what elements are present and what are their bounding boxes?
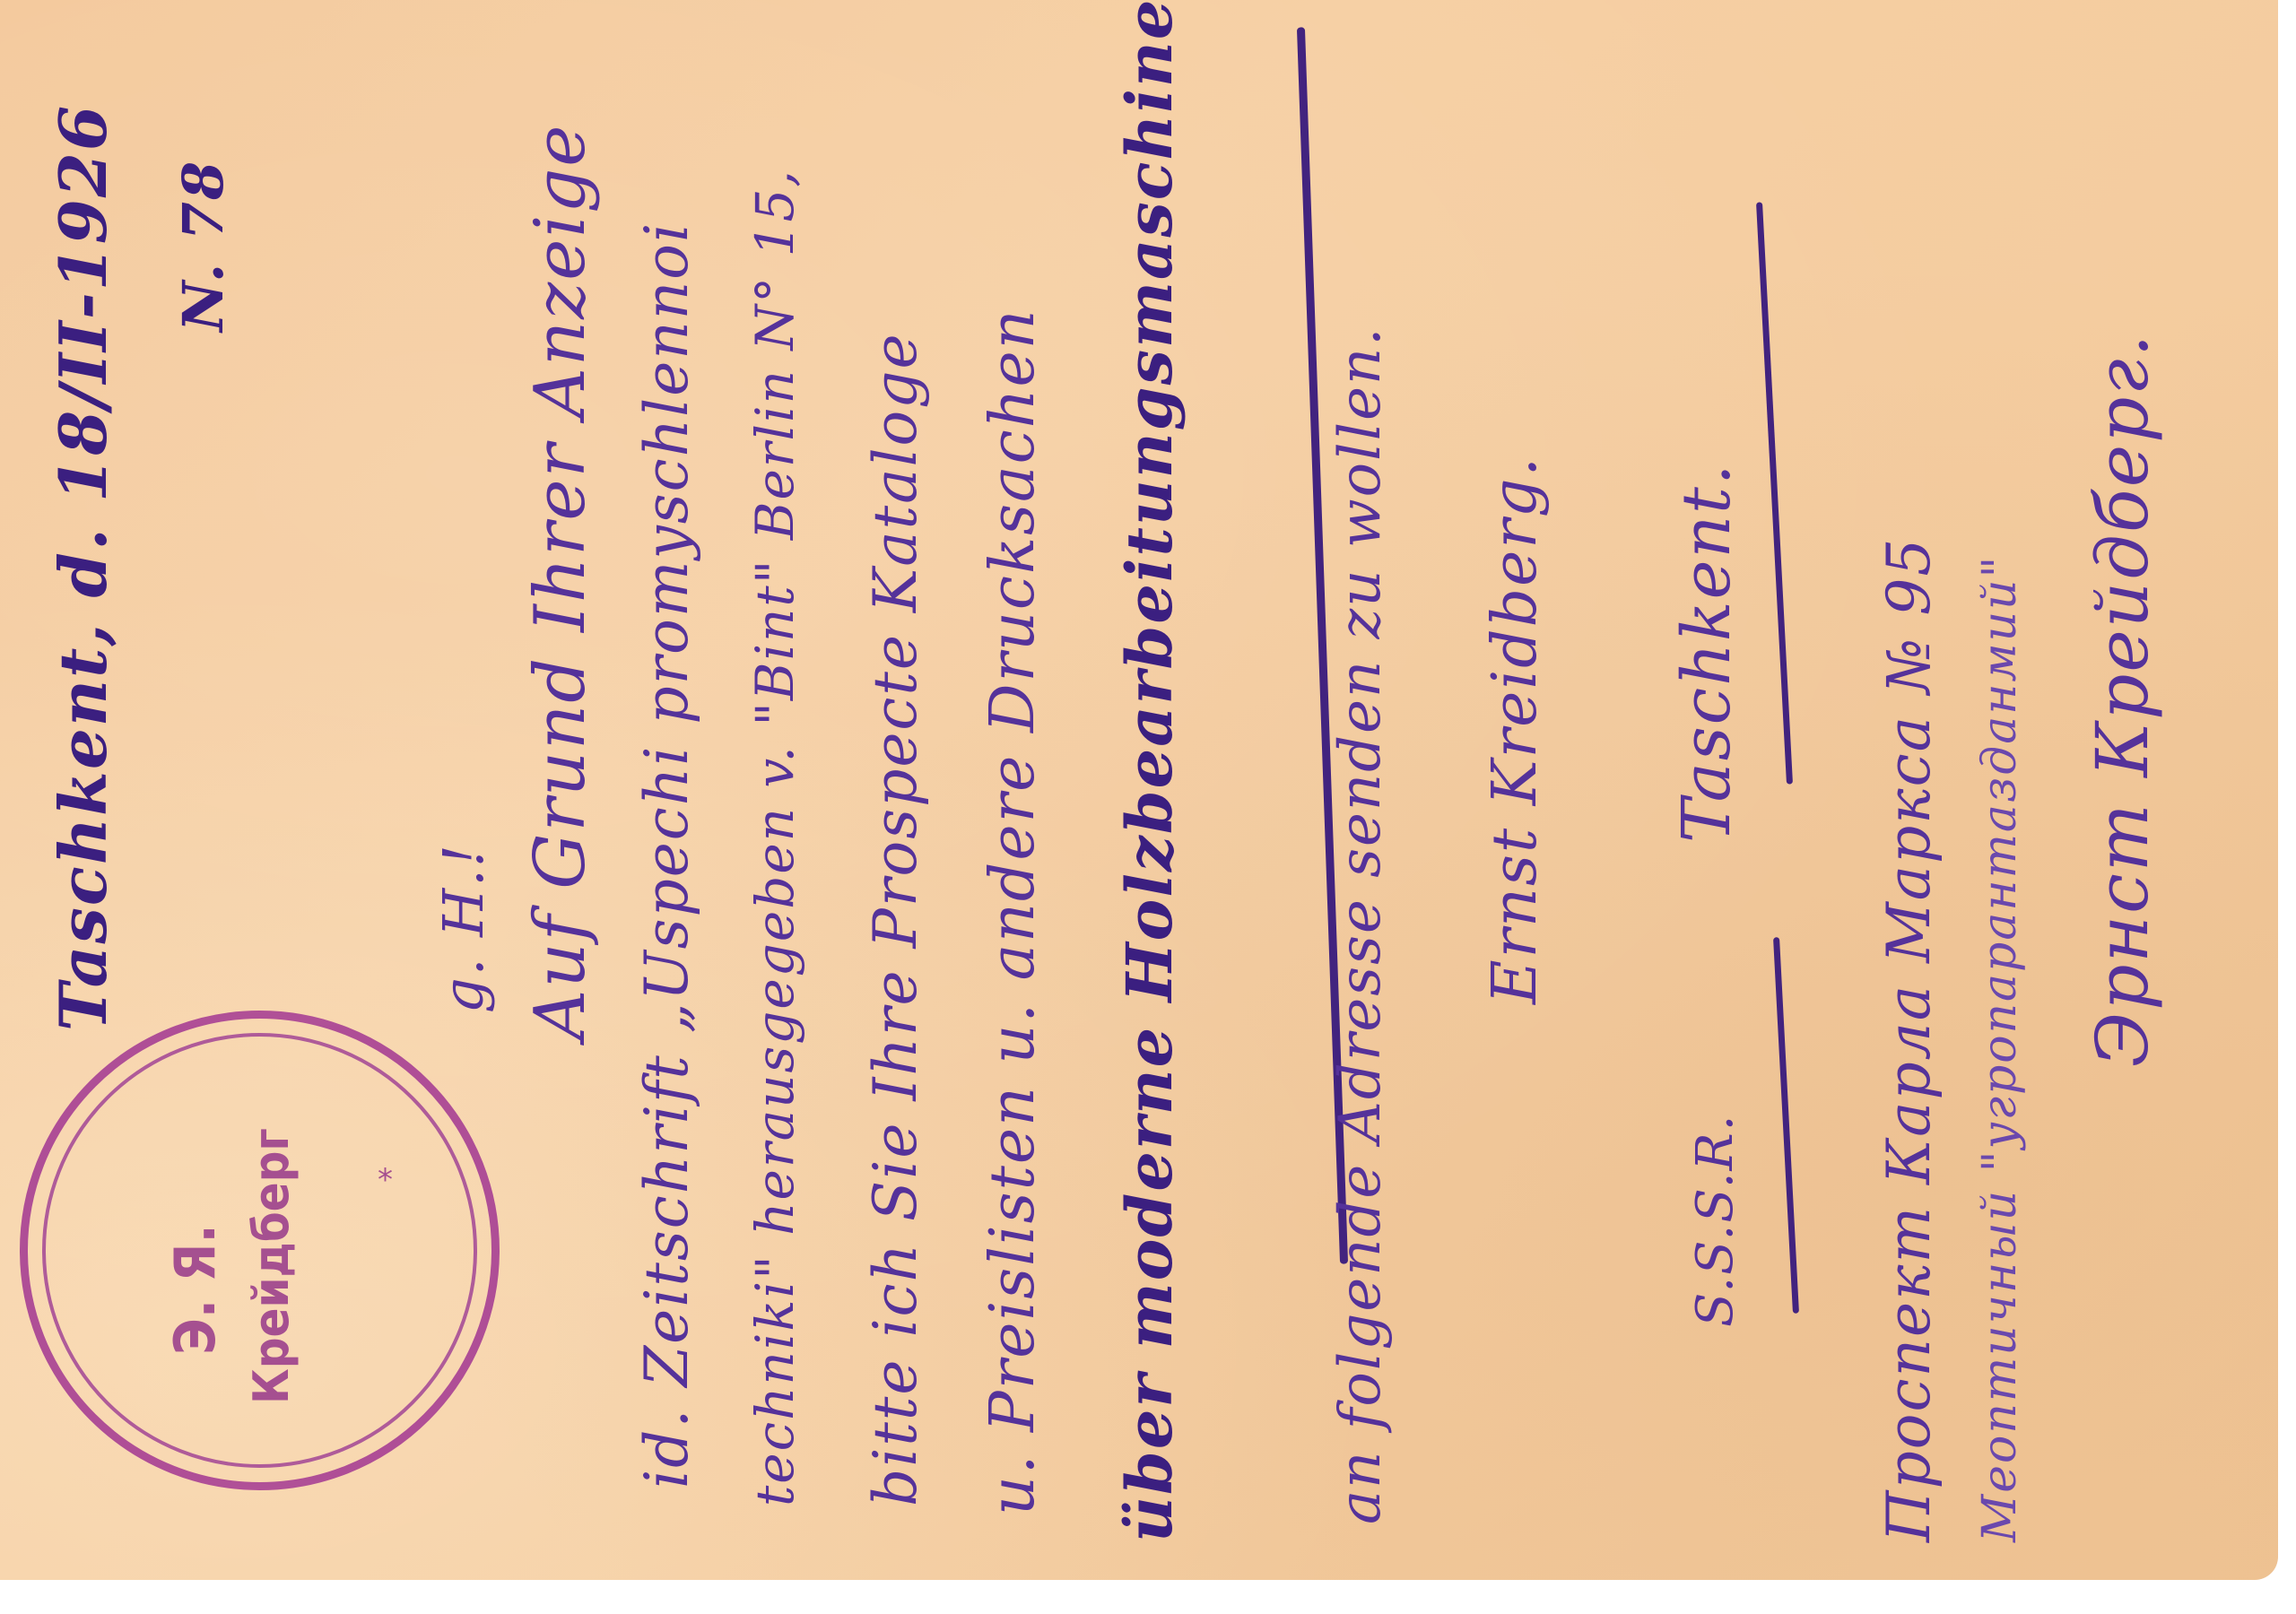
reference-number: N. 78: [170, 160, 236, 332]
address-name: Ernst Kreidberg.: [1480, 456, 1551, 1004]
ownership-stamp: Э. Я. Крейдберг *: [20, 1011, 500, 1490]
address-country: S.S.S.R.: [1686, 1114, 1744, 1327]
letter-line-3: techniki" herausgegeben v. "Bint" Berlin…: [744, 169, 805, 1506]
letter-line-2: id. Zeitschrift „Uspechi promyschlennoi: [632, 221, 701, 1488]
underline-country: [1773, 937, 1799, 1314]
letter-line-7: an folgende Adresse senden zu wollen.: [1327, 325, 1394, 1524]
signature: Эрнст Крейдберг.: [2081, 333, 2164, 1067]
stamp-star-icon: *: [378, 1162, 393, 1198]
stamp-name: Крейдберг: [243, 1128, 300, 1404]
stamp-initials: Э. Я.: [162, 1224, 228, 1355]
letter-line-5: u. Preislisten u. andere Drucksachen: [978, 308, 1048, 1515]
address-street: Проспект Карла Маркса № 95: [1874, 537, 1944, 1542]
place-date: Taschkent, d. 18/II-1926: [45, 104, 121, 1031]
letter-line-4: bitte ich Sie Ihre Prospecte Kataloge: [861, 332, 930, 1506]
salutation: g. H.!: [430, 843, 496, 1013]
underline-city: [1756, 202, 1793, 784]
postcard: Taschkent, d. 18/II-1926 N. 78 Э. Я. Кре…: [0, 0, 2278, 1580]
address-city: Taschkent.: [1668, 463, 1745, 843]
address-detail: Меоптичный "угропарантазданмий": [1973, 555, 2027, 1542]
letter-line-6: über moderne Holzbearbeitungsmaschinen: [1112, 0, 1187, 1542]
letter-line-1: Auf Grund Ihrer Anzeige: [520, 124, 601, 1040]
